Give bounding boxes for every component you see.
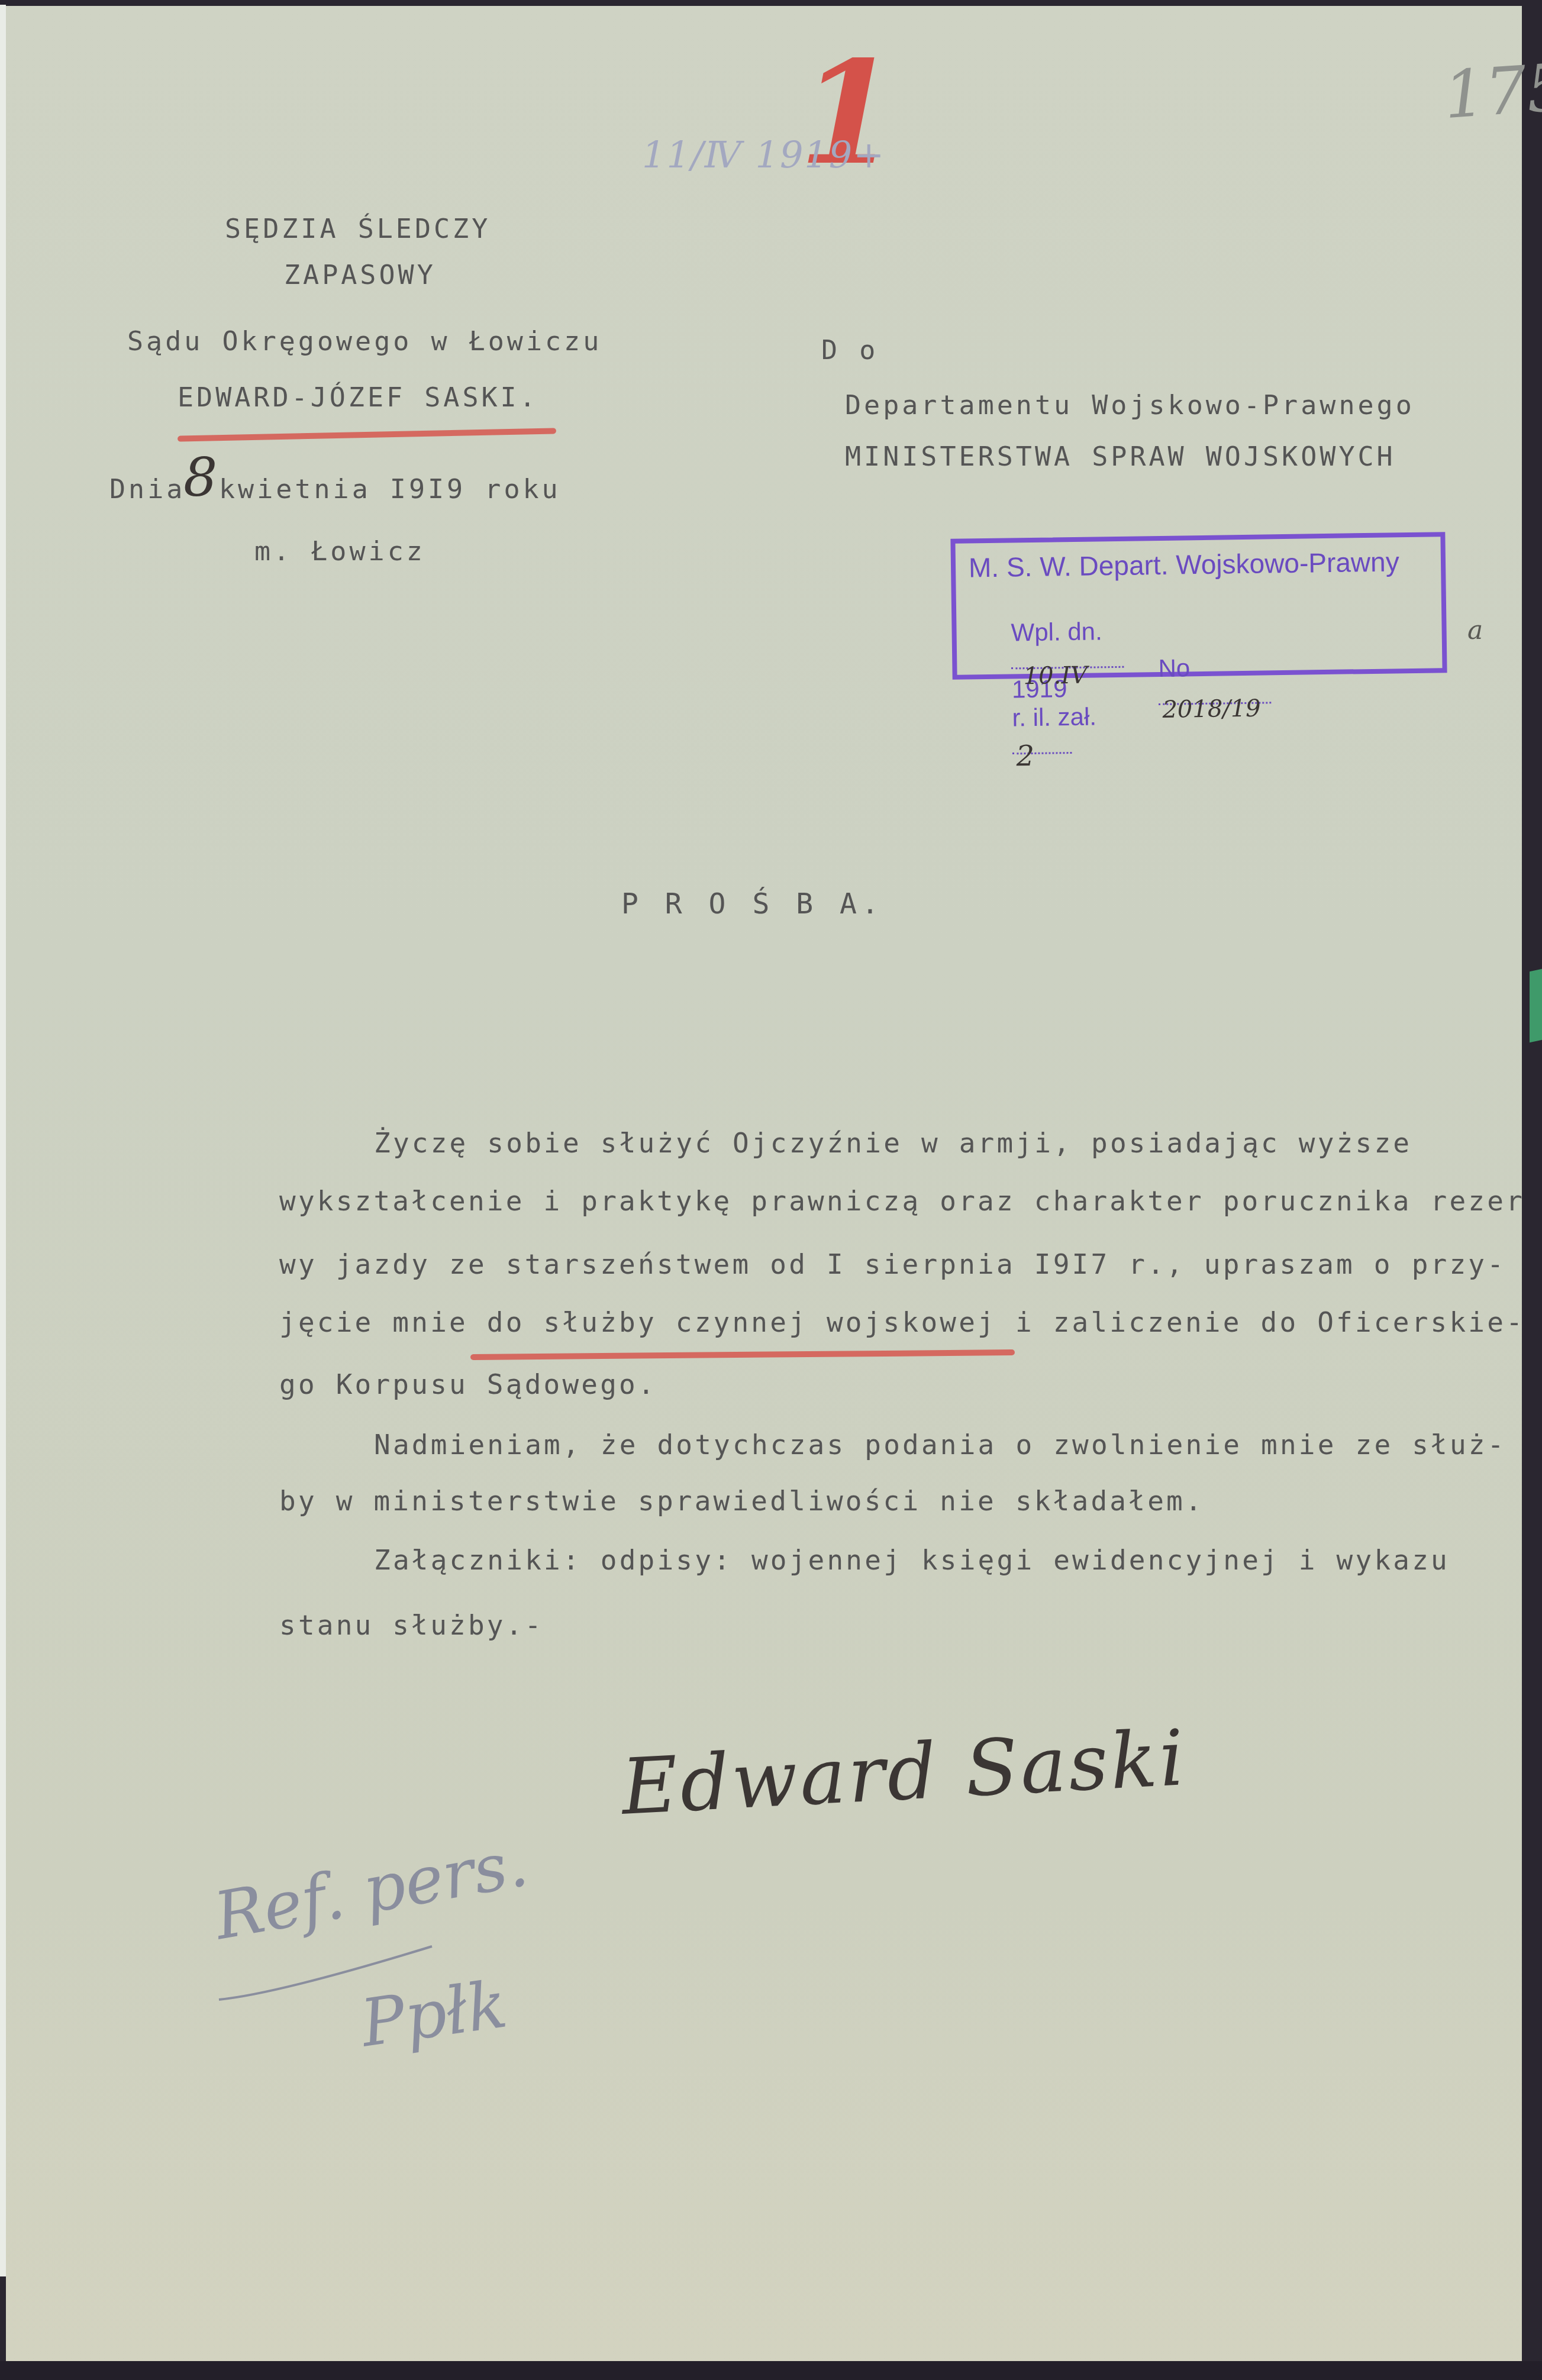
- scan-bottom-edge: [0, 2361, 1542, 2380]
- receipt-stamp: M. S. W. Depart. Wojskowo-Prawny Wpl. dn…: [950, 532, 1447, 680]
- body-line-5: go Korpusu Sądowego.: [279, 1368, 657, 1400]
- date-prefix: Dnia: [109, 473, 185, 505]
- body-line-2: wykształcenie i praktykę prawniczą oraz …: [279, 1185, 1525, 1217]
- green-marker-tab: [1530, 969, 1542, 1042]
- stamp-attachments-label: r. il. zał.: [1012, 702, 1096, 731]
- body-line-8: Załączniki: odpisy: wojennej księgi ewid…: [374, 1544, 1450, 1576]
- date-handwritten-day: 8: [183, 447, 217, 509]
- signature: Edward Saski: [620, 1713, 1189, 1832]
- recipient-department: Departamentu Wojskowo-Prawnego: [845, 389, 1415, 421]
- scan-left-edge: [0, 5, 6, 2276]
- margin-note-ref-pers: Ref. pers.: [209, 1825, 533, 1955]
- body-line-7: by w ministerstwie sprawiedliwości nie s…: [279, 1485, 1204, 1517]
- sender-court: Sądu Okręgowego w Łowiczu: [127, 325, 602, 357]
- body-red-underline: [470, 1349, 1015, 1360]
- body-line-1: Życzę sobie służyć Ojczyźnie w armji, po…: [374, 1127, 1412, 1159]
- body-line-3: wy jazdy ze starszeństwem od I sierpnia …: [279, 1248, 1506, 1280]
- pencil-date-note-visual: 11/Ⅳ 1919+: [642, 133, 885, 176]
- sender-place: m. Łowicz: [254, 535, 425, 567]
- stamp-received-label: Wpl. dn.: [1011, 617, 1102, 646]
- margin-mark: a: [1467, 615, 1483, 645]
- sender-name: EDWARD-JÓZEF SASKI.: [178, 382, 538, 413]
- stamp-attachments-count: 2: [1016, 739, 1034, 773]
- stamp-number-value: 2018/19: [1162, 695, 1261, 724]
- body-line-6: Nadmieniam, że dotychczas podania o zwol…: [374, 1429, 1506, 1461]
- folio-number: 175: [1441, 49, 1542, 133]
- recipient-to: D o: [821, 334, 878, 366]
- date-suffix: kwietnia I9I9 roku: [219, 473, 561, 505]
- stamp-number-line: No 2018/19: [1116, 624, 1272, 740]
- sender-name-red-underline: [178, 428, 556, 441]
- body-line-4: jęcie mnie do służby czynnej wojskowej i…: [279, 1306, 1525, 1338]
- stamp-received-line: Wpl. dn. 10.IV 1919 r. il. zał. 2: [969, 589, 1126, 790]
- recipient-ministry: MINISTERSTWA SPRAW WOJSKOWYCH: [845, 441, 1396, 472]
- document-page: 175 1 11/IV 1919 r. 11/Ⅳ 1919+ SĘDZIA ŚL…: [6, 6, 1522, 2363]
- sender-subtitle: ZAPASOWY: [284, 259, 436, 290]
- letter-heading: P R O Ś B A.: [621, 887, 883, 921]
- stamp-received-date: 10.IV: [1023, 662, 1088, 690]
- stamp-number-label: No: [1158, 654, 1190, 682]
- sender-title: SĘDZIA ŚLEDCZY: [225, 213, 491, 244]
- body-line-9: stanu służby.-: [279, 1609, 544, 1641]
- stamp-title: M. S. W. Depart. Wojskowo-Prawny: [969, 545, 1399, 583]
